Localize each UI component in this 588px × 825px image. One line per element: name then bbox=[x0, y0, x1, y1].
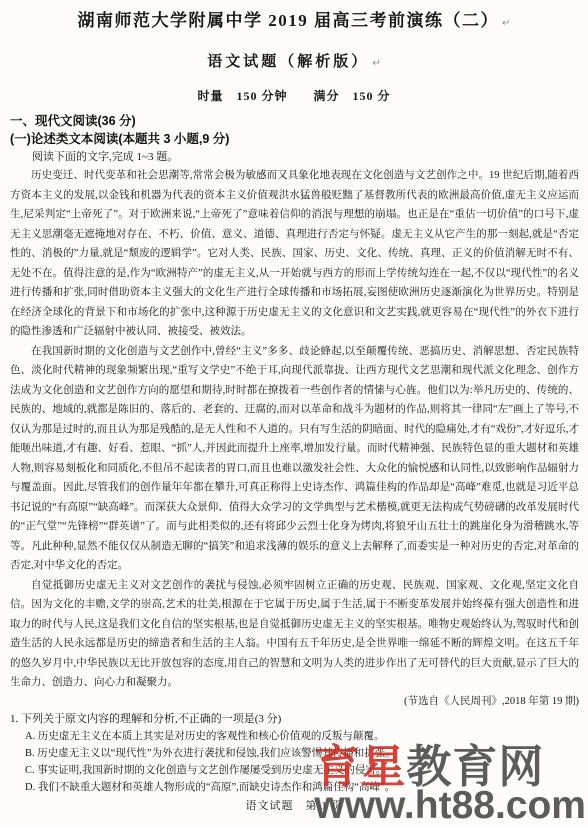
page-title: 湖南师范大学附属中学 2019 届高三考前演练（二）↵ bbox=[0, 9, 588, 36]
page-subtitle-text: 语文试题（解析版） bbox=[207, 54, 369, 70]
return-mark-icon: ↵ bbox=[502, 18, 510, 29]
question-1-option-b: B. 历史虚无主义以“现代性”为外衣进行袭扰和侵蚀,我们应该警惕其传播和扩张。 bbox=[10, 745, 579, 762]
reading-instruction: 阅读下面的文字,完成 1~3 题。 bbox=[10, 148, 579, 166]
page-subtitle: 语文试题（解析版）↵ bbox=[0, 51, 588, 75]
passage-paragraph-3: 自觉抵御历史虚无主义对文艺创作的袭扰与侵蚀,必须牢固树立正确的历史观、民族观、国… bbox=[10, 576, 579, 693]
page-footer: 语文试题 第 1 页 bbox=[10, 799, 579, 814]
passage-paragraph-1: 历史变迁、时代变革和社会思潮等,常常会极为敏感而又具象化地表现在文化创造与文艺创… bbox=[10, 166, 579, 342]
exam-paper-page: 湖南师范大学附属中学 2019 届高三考前演练（二）↵ 语文试题（解析版）↵ 时… bbox=[0, 0, 588, 825]
question-1-option-a: A. 历史虚无主义在本质上其实是对历史的客观性和核心价值观的反叛与颠覆。 bbox=[10, 728, 579, 745]
exam-content: 一、现代文阅读(36 分) (一)论述类文本阅读(本题共 3 小题,9 分) 阅… bbox=[0, 105, 588, 814]
page-title-text: 湖南师范大学附属中学 2019 届高三考前演练（二） bbox=[78, 11, 500, 30]
exam-duration-and-score: 时量 150 分钟 满分 150 分 bbox=[0, 88, 588, 105]
subsection-heading: (一)论述类文本阅读(本题共 3 小题,9 分) bbox=[10, 130, 579, 148]
question-1-option-d: D. 我们不缺重大题材和英雄人物形成的“高原”,而缺史诗杰作和鸿篇佳构“高峰”。 bbox=[10, 779, 579, 796]
document-header: 湖南师范大学附属中学 2019 届高三考前演练（二）↵ 语文试题（解析版）↵ 时… bbox=[0, 0, 588, 105]
question-1-stem: 1. 下列关于原文内容的理解和分析,不正确的一项是(3 分) bbox=[10, 711, 579, 728]
question-1-option-c: C. 事实证明,我国新时期的文化创造与文艺创作屡屡受到历史虚无主义的侵害。 bbox=[10, 762, 579, 779]
passage-paragraph-2: 在我国新时期的文化创造与文艺创作中,曾经“主义”多多、歧论蜂起,以至颠覆传统、恶… bbox=[10, 342, 579, 576]
passage-source: (节选自《人民周刊》,2018 年第 19 期) bbox=[10, 693, 579, 711]
section-heading: 一、现代文阅读(36 分) bbox=[10, 112, 579, 130]
return-mark-icon: ↵ bbox=[372, 58, 380, 69]
